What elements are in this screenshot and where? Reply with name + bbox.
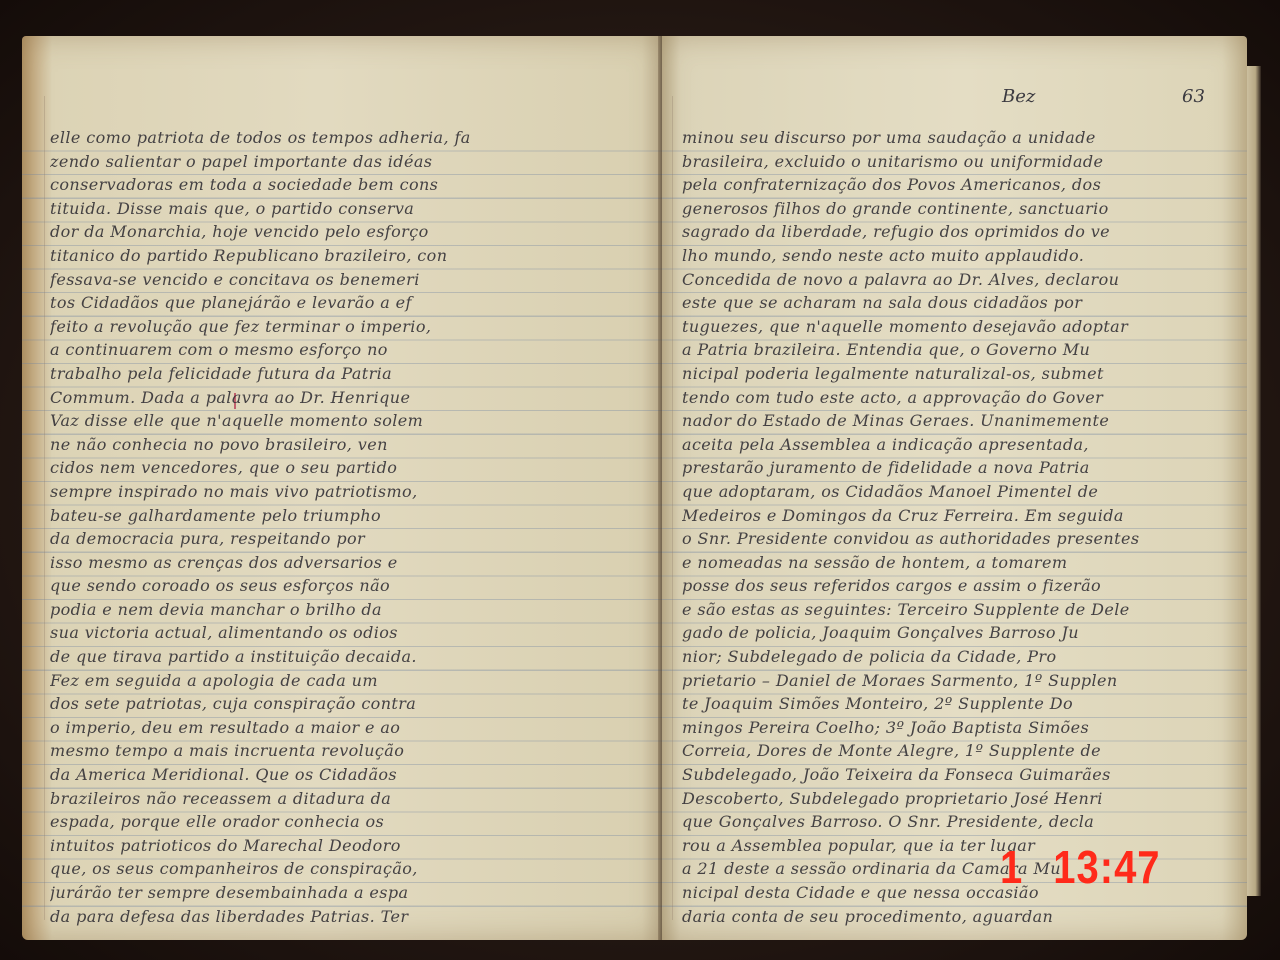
handwritten-line: tendo com tudo este acto, a approvação d…: [682, 386, 1242, 410]
handwritten-line: Correia, Dores de Monte Alegre, 1º Suppl…: [682, 739, 1242, 763]
handwritten-line: sagrado da liberdade, refugio dos oprimi…: [682, 220, 1242, 244]
handwritten-line: mingos Pereira Coelho; 3º João Baptista …: [682, 716, 1242, 740]
folio-number: 63: [1182, 86, 1205, 107]
page-stack-edge: [1247, 66, 1261, 896]
right-page-handwriting: minou seu discurso por uma saudação a un…: [682, 126, 1242, 928]
handwritten-line: intuitos patrioticos do Marechal Deodoro: [50, 834, 650, 858]
handwritten-line: e nomeadas na sessão de hontem, a tomare…: [682, 551, 1242, 575]
handwritten-line: feito a revolução que fez terminar o imp…: [50, 315, 650, 339]
handwritten-line: cidos nem vencedores, que o seu partido: [50, 456, 650, 480]
handwritten-line: elle como patriota de todos os tempos ad…: [50, 126, 650, 150]
timestamp-time: 13:47: [1053, 843, 1160, 894]
handwritten-line: tituida. Disse mais que, o partido conse…: [50, 197, 650, 221]
handwritten-line: zendo salientar o papel importante das i…: [50, 150, 650, 174]
handwritten-line: posse dos seus referidos cargos e assim …: [682, 574, 1242, 598]
handwritten-line: tos Cidadãos que planejárão e levarão a …: [50, 291, 650, 315]
handwritten-line: nicipal poderia legalmente naturalizal-o…: [682, 362, 1242, 386]
handwritten-line: espada, porque elle orador conhecia os: [50, 810, 650, 834]
handwritten-line: Subdelegado, João Teixeira da Fonseca Gu…: [682, 763, 1242, 787]
camera-timestamp: 113:47: [1000, 843, 1161, 895]
handwritten-line: dos sete patriotas, cuja conspiração con…: [50, 692, 650, 716]
handwritten-line: nior; Subdelegado de policia da Cidade, …: [682, 645, 1242, 669]
handwritten-line: o imperio, deu em resultado a maior e ao: [50, 716, 650, 740]
handwritten-line: e são estas as seguintes: Terceiro Suppl…: [682, 598, 1242, 622]
handwritten-line: ne não conhecia no povo brasileiro, ven: [50, 433, 650, 457]
handwritten-line: da democracia pura, respeitando por: [50, 527, 650, 551]
handwritten-line: Concedida de novo a palavra ao Dr. Alves…: [682, 268, 1242, 292]
handwritten-line: sempre inspirado no mais vivo patriotism…: [50, 480, 650, 504]
handwritten-line: aceita pela Assemblea a indicação aprese…: [682, 433, 1242, 457]
handwritten-line: dor da Monarchia, hoje vencido pelo esfo…: [50, 220, 650, 244]
right-page: Bez 63 minou seu discurso por uma saudaç…: [662, 36, 1247, 940]
handwritten-line: bateu-se galhardamente pelo triumpho: [50, 504, 650, 528]
right-margin-line: [672, 96, 673, 920]
handwritten-line: da America Meridional. Que os Cidadãos: [50, 763, 650, 787]
open-ledger-book: elle como patriota de todos os tempos ad…: [22, 36, 1262, 940]
handwritten-line: da para defesa das liberdades Patrias. T…: [50, 905, 650, 929]
handwritten-line: mesmo tempo a mais incruenta revolução: [50, 739, 650, 763]
timestamp-date: 1: [1000, 843, 1023, 894]
handwritten-line: jurárão ter sempre desembainhada a espa: [50, 881, 650, 905]
handwritten-line: fessava-se vencido e concitava os beneme…: [50, 268, 650, 292]
handwritten-line: sua victoria actual, alimentando os odio…: [50, 621, 650, 645]
handwritten-line: brazileiros não receassem a ditadura da: [50, 787, 650, 811]
handwritten-line: gado de policia, Joaquim Gonçalves Barro…: [682, 621, 1242, 645]
handwritten-line: que adoptaram, os Cidadãos Manoel Piment…: [682, 480, 1242, 504]
handwritten-line: trabalho pela felicidade futura da Patri…: [50, 362, 650, 386]
handwritten-line: Medeiros e Domingos da Cruz Ferreira. Em…: [682, 504, 1242, 528]
handwritten-line: daria conta de seu procedimento, aguarda…: [682, 905, 1242, 929]
handwritten-line: o Snr. Presidente convidou as authoridad…: [682, 527, 1242, 551]
handwritten-line: que sendo coroado os seus esforços não: [50, 574, 650, 598]
handwritten-line: te Joaquim Simões Monteiro, 2º Supplente…: [682, 692, 1242, 716]
handwritten-line: tuguezes, que n'aquelle momento desejavã…: [682, 315, 1242, 339]
handwritten-line: a Patria brazileira. Entendia que, o Gov…: [682, 338, 1242, 362]
handwritten-line: prietario – Daniel de Moraes Sarmento, 1…: [682, 669, 1242, 693]
handwritten-line: que, os seus companheiros de conspiração…: [50, 857, 650, 881]
handwritten-line: Fez em seguida a apologia de cada um: [50, 669, 650, 693]
handwritten-line: que Gonçalves Barroso. O Snr. Presidente…: [682, 810, 1242, 834]
handwritten-line: lho mundo, sendo neste acto muito applau…: [682, 244, 1242, 268]
page-header-note: Bez: [1002, 86, 1035, 107]
left-margin-line: [44, 96, 45, 920]
left-page: elle como patriota de todos os tempos ad…: [22, 36, 662, 940]
handwritten-line: conservadoras em toda a sociedade bem co…: [50, 173, 650, 197]
handwritten-line: generosos filhos do grande continente, s…: [682, 197, 1242, 221]
handwritten-line: pela confraternização dos Povos American…: [682, 173, 1242, 197]
handwritten-line: podia e nem devia manchar o brilho da: [50, 598, 650, 622]
handwritten-line: de que tirava partido a instituição deca…: [50, 645, 650, 669]
handwritten-line: Vaz disse elle que n'aquelle momento sol…: [50, 409, 650, 433]
handwritten-line: a continuarem com o mesmo esforço no: [50, 338, 650, 362]
handwritten-line: brasileira, excluido o unitarismo ou uni…: [682, 150, 1242, 174]
handwritten-line: Commum. Dada a palavra ao Dr. Henrique: [50, 386, 650, 410]
handwritten-line: prestarão juramento de fidelidade a nova…: [682, 456, 1242, 480]
handwritten-line: titanico do partido Republicano brazilei…: [50, 244, 650, 268]
handwritten-line: isso mesmo as crenças dos adversarios e: [50, 551, 650, 575]
left-page-handwriting: elle como patriota de todos os tempos ad…: [50, 126, 650, 928]
handwritten-line: nador do Estado de Minas Geraes. Unanime…: [682, 409, 1242, 433]
handwritten-line: este que se acharam na sala dous cidadão…: [682, 291, 1242, 315]
handwritten-line: Descoberto, Subdelegado proprietario Jos…: [682, 787, 1242, 811]
handwritten-line: minou seu discurso por uma saudação a un…: [682, 126, 1242, 150]
